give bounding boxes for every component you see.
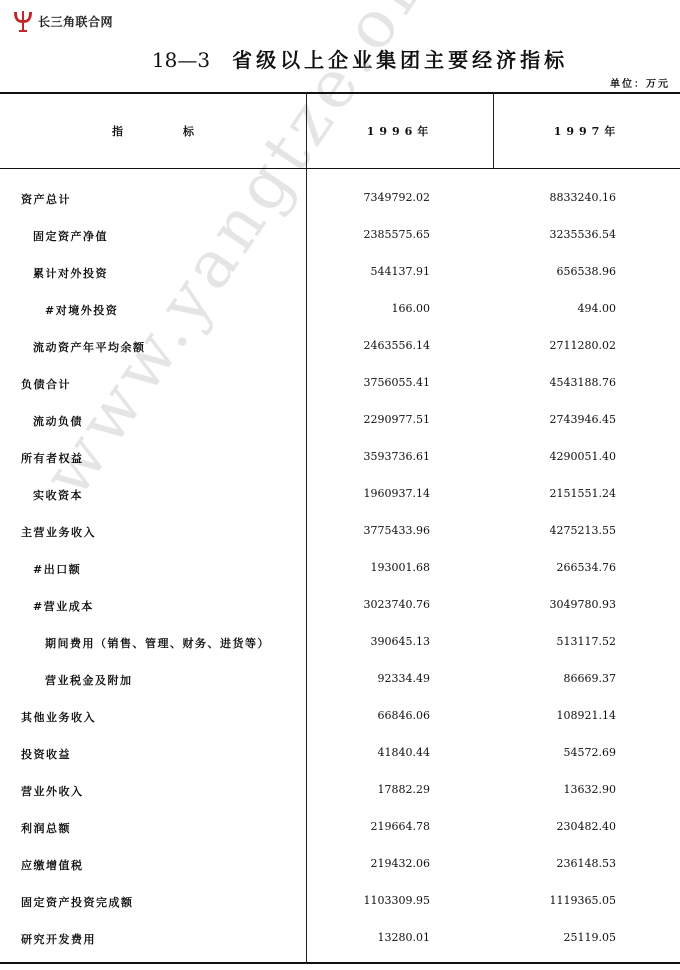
psi-logo-icon [12, 9, 34, 33]
header-1996: 1996年 [307, 94, 493, 168]
row-label: 研究开发费用 [21, 931, 96, 947]
row-label: 固定资产投资完成额 [21, 894, 134, 910]
value-1997: 2711280.02 [476, 339, 616, 352]
value-1996: 92334.49 [290, 672, 430, 685]
row-label: 主营业务收入 [21, 524, 96, 540]
table-row: 投资收益41840.4454572.69 [0, 746, 680, 766]
value-1997: 3235536.54 [476, 228, 616, 241]
value-1997: 230482.40 [476, 820, 616, 833]
value-1996: 41840.44 [290, 746, 430, 759]
table-row: 营业外收入17882.2913632.90 [0, 783, 680, 803]
value-1997: 3049780.93 [476, 598, 616, 611]
page-title: 18—3省级以上企业集团主要经济指标 [0, 44, 680, 73]
table-title: 省级以上企业集团主要经济指标 [232, 48, 568, 72]
row-label: #出口额 [33, 561, 81, 577]
value-1996: 3775433.96 [290, 524, 430, 537]
value-1997: 266534.76 [476, 561, 616, 574]
value-1996: 3756055.41 [290, 376, 430, 389]
value-1997: 4290051.40 [476, 450, 616, 463]
value-1996: 7349792.02 [290, 191, 430, 204]
value-1996: 544137.91 [290, 265, 430, 278]
value-1997: 8833240.16 [476, 191, 616, 204]
table-row: #出口额193001.68266534.76 [0, 561, 680, 581]
row-label: 累计对外投资 [33, 265, 108, 281]
row-label: 营业税金及附加 [45, 672, 133, 688]
table-row: 累计对外投资544137.91656538.96 [0, 265, 680, 285]
row-label: 流动负债 [33, 413, 83, 429]
table-row: 资产总计7349792.028833240.16 [0, 191, 680, 211]
table-row: 应缴增值税219432.06236148.53 [0, 857, 680, 877]
header-indicator: 指标 [0, 94, 306, 168]
value-1997: 25119.05 [476, 931, 616, 944]
site-logo[interactable]: 长三角联合网 [12, 9, 113, 33]
value-1996: 1103309.95 [290, 894, 430, 907]
table-row: 营业税金及附加92334.4986669.37 [0, 672, 680, 692]
value-1996: 2290977.51 [290, 413, 430, 426]
row-label: 其他业务收入 [21, 709, 96, 725]
row-label: 投资收益 [21, 746, 71, 762]
table-row: 固定资产投资完成额1103309.951119365.05 [0, 894, 680, 914]
header-indicator-b: 标 [183, 123, 194, 139]
value-1997: 4543188.76 [476, 376, 616, 389]
value-1996: 219664.78 [290, 820, 430, 833]
value-1996: 17882.29 [290, 783, 430, 796]
table-row: 研究开发费用13280.0125119.05 [0, 931, 680, 951]
value-1997: 108921.14 [476, 709, 616, 722]
value-1996: 2385575.65 [290, 228, 430, 241]
table-number: 18—3 [152, 48, 210, 72]
value-1996: 390645.13 [290, 635, 430, 648]
table-row: 负债合计3756055.414543188.76 [0, 376, 680, 396]
table-row: 流动负债2290977.512743946.45 [0, 413, 680, 433]
value-1996: 1960937.14 [290, 487, 430, 500]
row-label: 负债合计 [21, 376, 71, 392]
value-1997: 86669.37 [476, 672, 616, 685]
unit-label: 单位：万元 [610, 75, 670, 90]
value-1996: 193001.68 [290, 561, 430, 574]
table-row: 利润总额219664.78230482.40 [0, 820, 680, 840]
value-1997: 54572.69 [476, 746, 616, 759]
row-label: 固定资产净值 [33, 228, 108, 244]
row-label: 应缴增值税 [21, 857, 84, 873]
row-label: 实收资本 [33, 487, 83, 503]
row-label: 流动资产年平均余额 [33, 339, 146, 355]
table-row: 固定资产净值2385575.653235536.54 [0, 228, 680, 248]
value-1996: 66846.06 [290, 709, 430, 722]
value-1996: 3593736.61 [290, 450, 430, 463]
table-row: 流动资产年平均余额2463556.142711280.02 [0, 339, 680, 359]
value-1997: 656538.96 [476, 265, 616, 278]
row-label: 期间费用（销售、管理、财务、进货等） [45, 635, 270, 651]
row-label: #营业成本 [33, 598, 94, 614]
row-label: 所有者权益 [21, 450, 84, 466]
value-1997: 2743946.45 [476, 413, 616, 426]
value-1997: 4275213.55 [476, 524, 616, 537]
row-label: 利润总额 [21, 820, 71, 836]
value-1997: 513117.52 [476, 635, 616, 648]
value-1997: 1119365.05 [476, 894, 616, 907]
table-row: 所有者权益3593736.614290051.40 [0, 450, 680, 470]
table-row: 主营业务收入3775433.964275213.55 [0, 524, 680, 544]
table-row: 其他业务收入66846.06108921.14 [0, 709, 680, 729]
row-label: 资产总计 [21, 191, 71, 207]
table-row: 实收资本1960937.142151551.24 [0, 487, 680, 507]
row-label: 营业外收入 [21, 783, 84, 799]
table-row: #营业成本3023740.763049780.93 [0, 598, 680, 618]
value-1996: 166.00 [290, 302, 430, 315]
table-bottom-border [0, 962, 680, 964]
site-name: 长三角联合网 [38, 13, 113, 30]
row-label: #对境外投资 [45, 302, 118, 318]
value-1996: 13280.01 [290, 931, 430, 944]
value-1997: 2151551.24 [476, 487, 616, 500]
header-indicator-a: 指 [112, 123, 123, 139]
value-1996: 219432.06 [290, 857, 430, 870]
table-row: #对境外投资166.00494.00 [0, 302, 680, 322]
value-1997: 13632.90 [476, 783, 616, 796]
value-1996: 3023740.76 [290, 598, 430, 611]
header-1997: 1997年 [494, 94, 680, 168]
value-1997: 494.00 [476, 302, 616, 315]
watermark: www.yangtze.org.cn [28, 0, 532, 510]
header-divider [0, 168, 680, 169]
table-row: 期间费用（销售、管理、财务、进货等）390645.13513117.52 [0, 635, 680, 655]
value-1996: 2463556.14 [290, 339, 430, 352]
value-1997: 236148.53 [476, 857, 616, 870]
